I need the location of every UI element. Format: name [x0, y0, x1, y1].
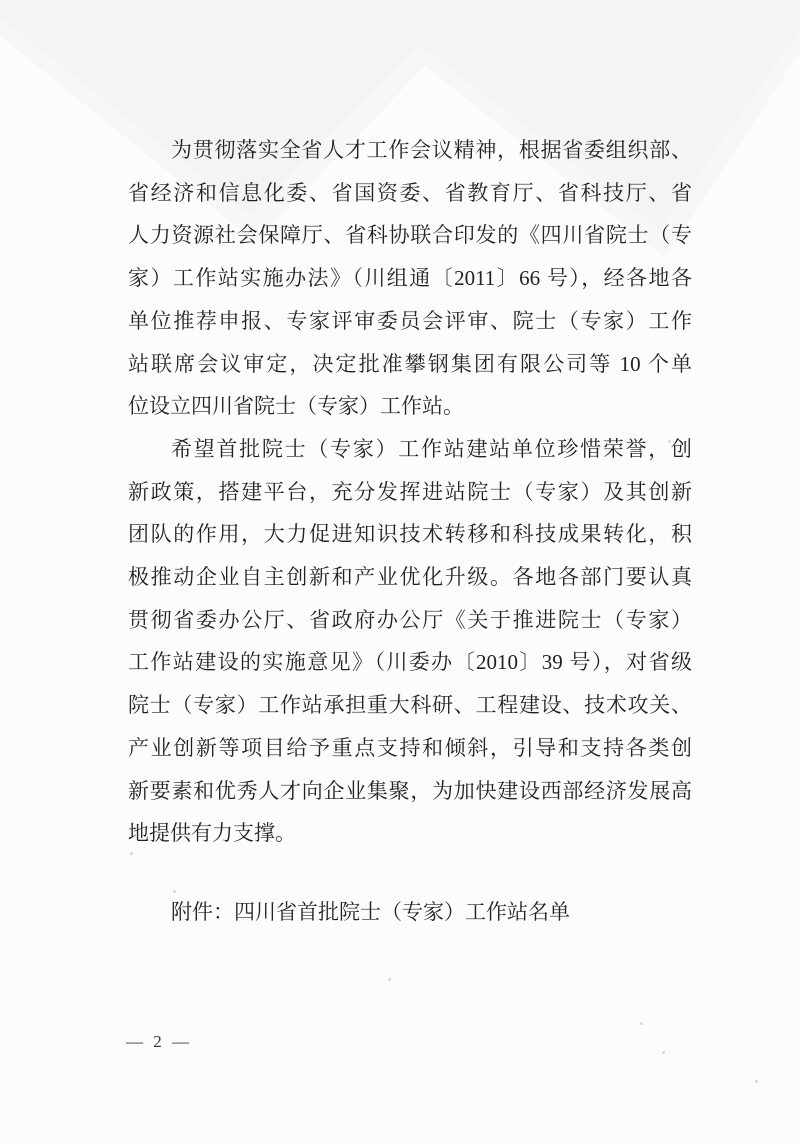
scan-speckle [755, 1080, 758, 1083]
scanned-document-page: 为贯彻落实全省人才工作会议精神，根据省委组织部、 省经济和信息化委、省国资委、省… [0, 0, 800, 1144]
body-paragraph-2: 希望首批院士（专家）工作站建站单位珍惜荣誉，创 新政策，搭建平台，充分发挥进站院… [128, 428, 692, 855]
scan-speckle [668, 440, 671, 443]
text-line: 为贯彻落实全省人才工作会议精神，根据省委组织部、 [128, 129, 692, 172]
text-line: 极推动企业自主创新和产业优化升级。各地各部门要认真 [128, 556, 692, 599]
scan-speckle [130, 852, 133, 855]
text-line: 位设立四川省院士（专家）工作站。 [128, 385, 692, 428]
text-line: 新要素和优秀人才向企业集聚，为加快建设西部经济发展高 [128, 770, 692, 813]
text-line: 地提供有力支撑。 [128, 812, 692, 855]
text-line: 人力资源社会保障厅、省科协联合印发的《四川省院士（专 [128, 214, 692, 257]
text-line: 单位推荐申报、专家评审委员会评审、院士（专家）工作 [128, 300, 692, 343]
body-paragraph-1: 为贯彻落实全省人才工作会议精神，根据省委组织部、 省经济和信息化委、省国资委、省… [128, 129, 692, 428]
text-line: 院士（专家）工作站承担重大科研、工程建设、技术攻关、 [128, 684, 692, 727]
scan-speckle [388, 978, 391, 981]
text-line: 省经济和信息化委、省国资委、省教育厅、省科技厅、省 [128, 172, 692, 215]
attachment-line: 附件：四川省首批院士（专家）工作站名单 [128, 891, 692, 934]
text-line: 产业创新等项目给予重点支持和倾斜，引导和支持各类创 [128, 727, 692, 770]
text-line: 贯彻省委办公厅、省政府办公厅《关于推进院士（专家） [128, 599, 692, 642]
text-line: 希望首批院士（专家）工作站建站单位珍惜荣誉，创 [128, 428, 692, 471]
text-line: 站联席会议审定，决定批准攀钢集团有限公司等 10 个单 [128, 343, 692, 386]
scan-speckle [662, 1051, 665, 1054]
text-line: 新政策，搭建平台，充分发挥进站院士（专家）及其创新 [128, 471, 692, 514]
text-line: 工作站建设的实施意见》（川委办〔2010〕39 号），对省级 [128, 641, 692, 684]
scan-speckle [173, 890, 176, 893]
page-number: — 2 — [126, 1032, 192, 1052]
text-line: 团队的作用，大力促进知识技术转移和科技成果转化，积 [128, 513, 692, 556]
document-body: 为贯彻落实全省人才工作会议精神，根据省委组织部、 省经济和信息化委、省国资委、省… [128, 129, 692, 934]
text-line: 家）工作站实施办法》（川组通〔2011〕66 号），经各地各 [128, 257, 692, 300]
text-line: 附件：四川省首批院士（专家）工作站名单 [128, 891, 692, 934]
scan-speckle [640, 1022, 643, 1025]
